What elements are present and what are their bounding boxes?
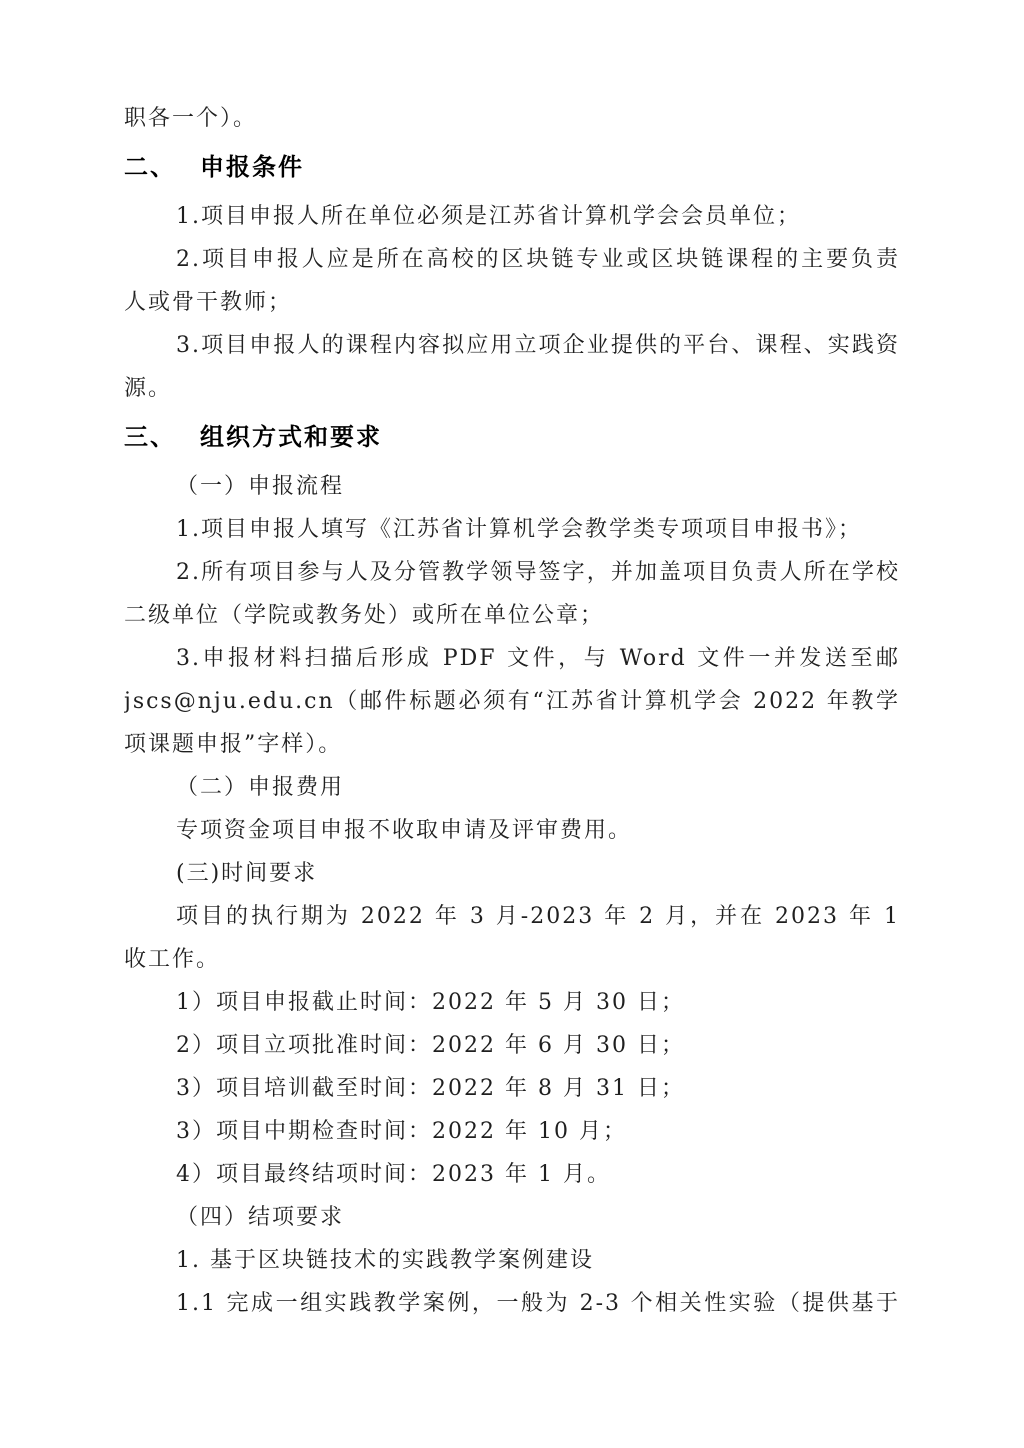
- heading-number: 三、: [124, 423, 176, 451]
- process-item-3-line-2: jscs@nju.edu.cn（邮件标题必须有“江苏省计算机学会 2022 年教…: [124, 680, 900, 723]
- schedule-item-3: 3）项目培训截至时间：2022 年 8 月 31 日；: [124, 1067, 900, 1110]
- condition-item-2-line-2: 人或骨干教师；: [124, 281, 900, 324]
- process-item-3-line-3: 项课题申报”字样）。: [124, 723, 900, 766]
- condition-item-2-line-1: 2.项目申报人应是所在高校的区块链专业或区块链课程的主要负责: [124, 238, 900, 281]
- closing-requirement-1-1-line-1: 1.1 完成一组实践教学案例，一般为 2-3 个相关性实验（提供基于蚂: [124, 1282, 900, 1325]
- condition-item-3-line-2: 源。: [124, 367, 900, 410]
- schedule-intro-line-2: 收工作。: [124, 938, 900, 981]
- schedule-item-2: 2）项目立项批准时间：2022 年 6 月 30 日；: [124, 1024, 900, 1067]
- process-item-2-line-1: 2.所有项目参与人及分管教学领导签字，并加盖项目负责人所在学校: [124, 551, 900, 594]
- document-page: 职各一个）。 二、申报条件 1.项目申报人所在单位必须是江苏省计算机学会会员单位…: [0, 0, 1024, 1448]
- schedule-item-4: 3）项目中期检查时间：2022 年 10 月；: [124, 1110, 900, 1153]
- process-item-2-line-2: 二级单位（学院或教务处）或所在单位公章；: [124, 594, 900, 637]
- condition-item-3-line-1: 3.项目申报人的课程内容拟应用立项企业提供的平台、课程、实践资: [124, 324, 900, 367]
- process-item-3-line-1: 3.申报材料扫描后形成 PDF 文件，与 Word 文件一并发送至邮箱：: [124, 637, 900, 680]
- schedule-item-5: 4）项目最终结项时间：2023 年 1 月。: [124, 1153, 900, 1196]
- schedule-item-1: 1）项目申报截止时间：2022 年 5 月 30 日；: [124, 981, 900, 1024]
- condition-item-1: 1.项目申报人所在单位必须是江苏省计算机学会会员单位；: [124, 195, 900, 238]
- subsection-1-title: （一）申报流程: [124, 465, 900, 508]
- heading-title: 申报条件: [200, 153, 304, 181]
- subsection-2-title: （二）申报费用: [124, 766, 900, 809]
- schedule-intro-line-1: 项目的执行期为 2022 年 3 月-2023 年 2 月，并在 2023 年 …: [124, 895, 900, 938]
- section-heading-3: 三、组织方式和要求: [124, 416, 900, 459]
- heading-title: 组织方式和要求: [200, 423, 382, 451]
- closing-requirement-1-title: 1. 基于区块链技术的实践教学案例建设: [124, 1239, 900, 1282]
- subsection-4-title: （四）结项要求: [124, 1196, 900, 1239]
- fee-statement: 专项资金项目申报不收取申请及评审费用。: [124, 809, 900, 852]
- process-item-1: 1.项目申报人填写《江苏省计算机学会教学类专项项目申报书》；: [124, 508, 900, 551]
- subsection-3-title: (三)时间要求: [124, 852, 900, 895]
- heading-number: 二、: [124, 153, 176, 181]
- section-heading-2: 二、申报条件: [124, 146, 900, 189]
- carryover-line: 职各一个）。: [124, 97, 900, 140]
- document-content: 职各一个）。 二、申报条件 1.项目申报人所在单位必须是江苏省计算机学会会员单位…: [124, 97, 900, 1325]
